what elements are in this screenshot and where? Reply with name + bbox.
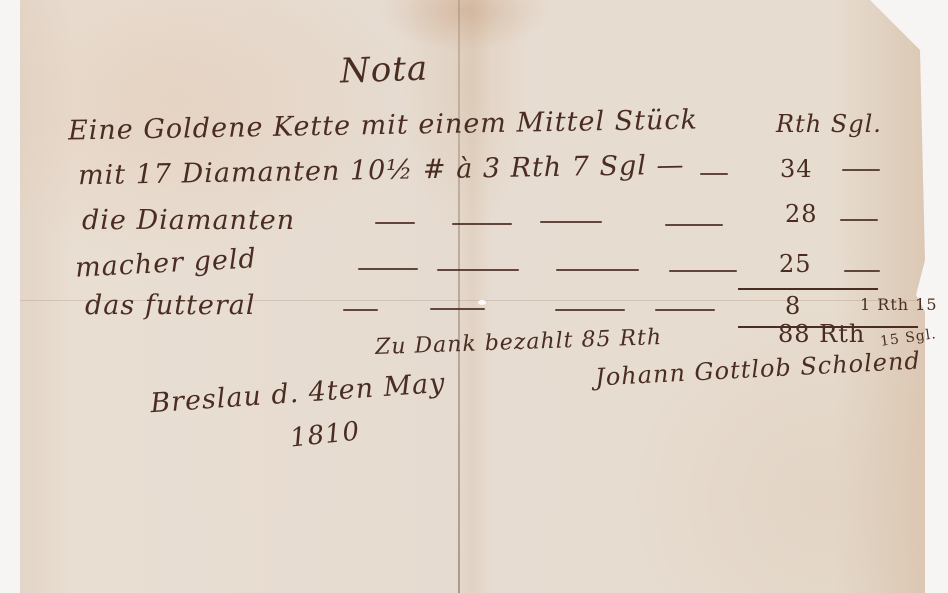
filler-dash <box>665 224 723 226</box>
subtotal-extra: 1 Rth 15 <box>860 295 938 314</box>
amount-item-2: 34 <box>780 155 813 183</box>
vertical-fold-line <box>458 0 460 593</box>
filler-dash <box>655 309 715 311</box>
filler-dash <box>669 270 737 272</box>
filler-dash <box>700 173 728 175</box>
amount-column-header: Rth Sgl. <box>776 110 882 138</box>
filler-dash <box>430 308 485 310</box>
filler-dash <box>556 269 639 271</box>
filler-dash <box>375 222 415 224</box>
amount-dash <box>840 219 878 221</box>
filler-dash <box>555 309 625 311</box>
filler-dash <box>540 221 602 223</box>
total-amount: 88 Rth <box>778 320 865 348</box>
filler-dash <box>358 268 418 270</box>
filler-dash <box>343 309 378 311</box>
amount-item-5: 8 <box>785 292 801 320</box>
filler-dash <box>437 269 519 271</box>
amount-dash <box>844 270 880 272</box>
filler-dash <box>452 223 512 225</box>
item-line-5: das futteral <box>85 290 256 321</box>
item-line-3: die Diamanten <box>82 205 295 236</box>
sum-line-1 <box>738 288 878 290</box>
amount-item-4: 25 <box>779 250 812 278</box>
document-title: Nota <box>339 48 428 91</box>
paper-hole <box>478 300 486 305</box>
amount-dash <box>842 169 880 171</box>
amount-item-3: 28 <box>785 200 818 228</box>
